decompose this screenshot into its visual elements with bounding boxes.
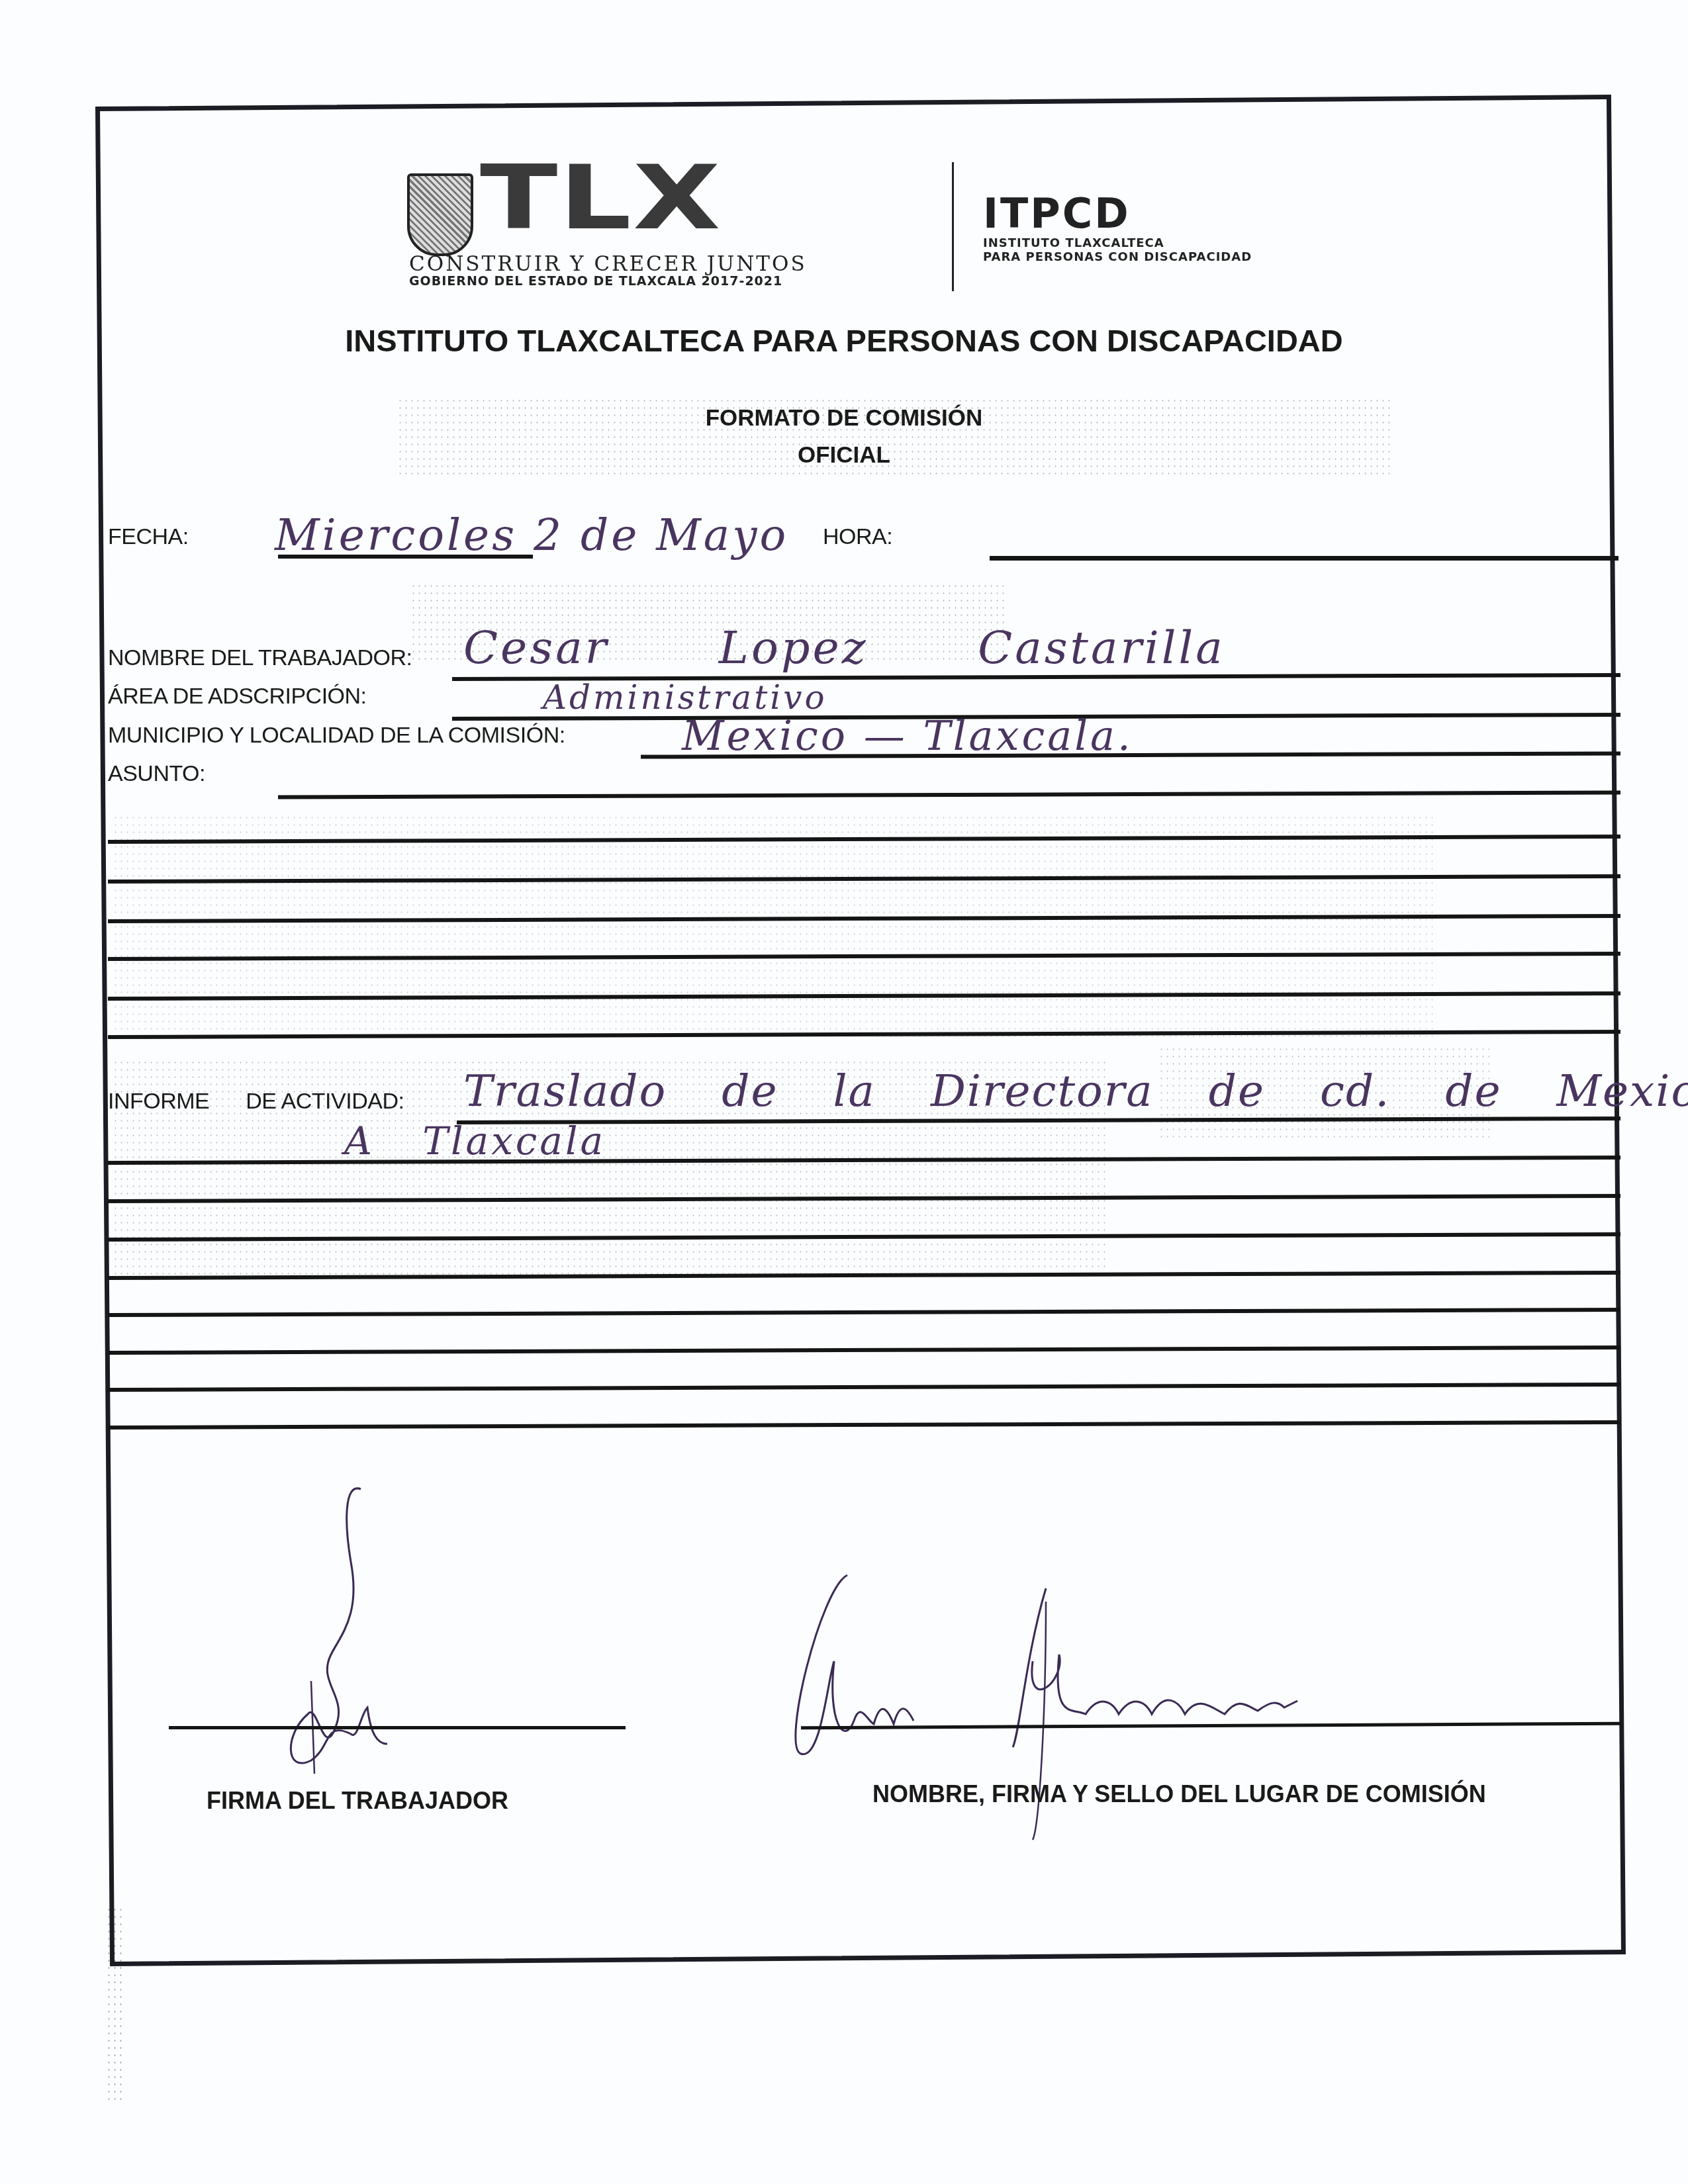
informe-label-part1: INFORME — [108, 1089, 209, 1114]
institute-acronym: ITPCD — [983, 193, 1131, 234]
worker-signature-label: FIRMA DEL TRABAJADOR — [207, 1787, 508, 1815]
hora-label: HORA: — [823, 524, 892, 550]
nombre-label: NOMBRE DEL TRABAJADOR: — [108, 645, 412, 671]
area-label: ÁREA DE ADSCRIPCIÓN: — [108, 684, 367, 709]
government-name: GOBIERNO DEL ESTADO DE TLAXCALA 2017-202… — [409, 275, 782, 288]
coat-of-arms-icon — [407, 173, 473, 256]
tlx-logo: TLX — [480, 154, 722, 242]
institute-name-line2: PARA PERSONAS CON DISCAPACIDAD — [983, 251, 1252, 265]
fecha-value[interactable]: Miercoles 2 de Mayo — [275, 510, 788, 561]
informe-value-line1[interactable]: Traslado de la Directora de cd. de Mexic… — [463, 1066, 1688, 1116]
logo-divider — [952, 162, 954, 291]
worker-signature — [245, 1482, 444, 1787]
hora-line[interactable] — [990, 556, 1618, 561]
fecha-label: FECHA: — [108, 524, 189, 550]
institute-name-line1: INSTITUTO TLAXCALTECA — [983, 237, 1252, 251]
informe-label: INFORMEDE ACTIVIDAD: — [108, 1089, 404, 1115]
form-name: FORMATO DE COMISIÓN — [0, 405, 1688, 432]
informe-value-line2[interactable]: A Tlaxcala — [344, 1118, 606, 1163]
worker-signature-line — [169, 1726, 626, 1729]
municipio-value[interactable]: Mexico — Tlaxcala. — [682, 711, 1133, 760]
institute-name: INSTITUTO TLAXCALTECA PARA PERSONAS CON … — [983, 237, 1252, 264]
nombre-value[interactable]: Cesar Lopez Castarilla — [463, 622, 1225, 674]
informe-label-part2: DE ACTIVIDAD: — [246, 1089, 404, 1114]
form-subname: OFICIAL — [0, 442, 1688, 469]
commission-signature-label: NOMBRE, FIRMA Y SELLO DEL LUGAR DE COMIS… — [872, 1780, 1486, 1808]
slogan: CONSTRUIR Y CRECER JUNTOS — [409, 254, 807, 275]
document-title: INSTITUTO TLAXCALTECA PARA PERSONAS CON … — [0, 322, 1688, 359]
asunto-label: ASUNTO: — [108, 761, 205, 787]
municipio-label: MUNICIPIO Y LOCALIDAD DE LA COMISIÓN: — [108, 723, 565, 749]
